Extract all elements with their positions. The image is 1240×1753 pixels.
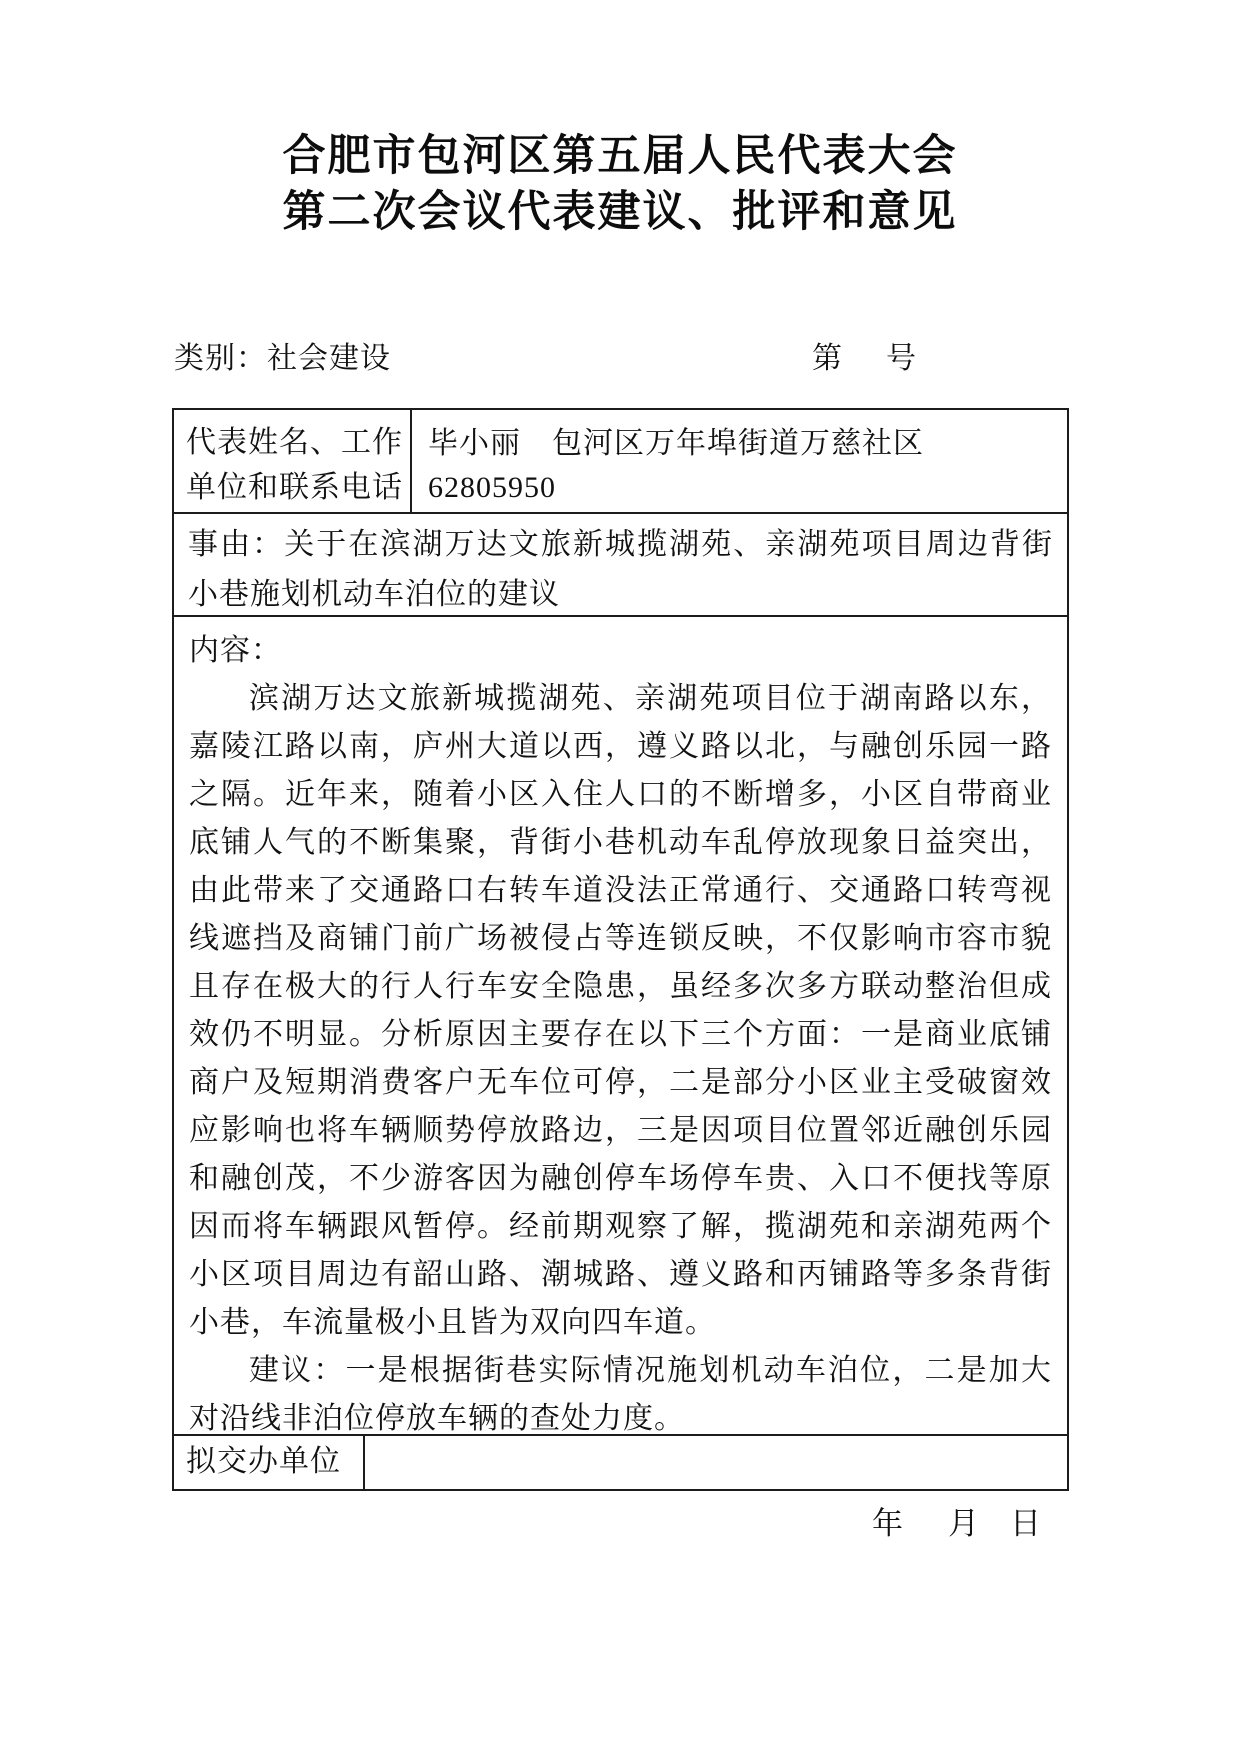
subject-text: 事由：关于在滨湖万达文旅新城揽湖苑、亲湖苑项目周边背街小巷施划机动车泊位的建议 (188, 520, 1053, 615)
date-year-label: 年 (872, 1502, 903, 1546)
representative-row: 代表姓名、工作 单位和联系电话 毕小丽 包河区万年埠街道万慈社区 6280595… (174, 410, 1067, 512)
category-value: 社会建设 (267, 342, 391, 375)
number-suffix: 号 (886, 338, 917, 380)
subject-label: 事由： (188, 528, 284, 561)
title-line-1: 合肥市包河区第五届人民代表大会 (0, 128, 1240, 184)
category-label: 类别： (174, 342, 267, 375)
document-page: 合肥市包河区第五届人民代表大会 第二次会议代表建议、批评和意见 类别：社会建设 … (0, 0, 1240, 1753)
representative-label-line-2: 单位和联系电话 (186, 465, 410, 510)
representative-label-line-1: 代表姓名、工作 (186, 420, 410, 465)
category-field: 类别：社会建设 (174, 338, 391, 380)
title-line-2: 第二次会议代表建议、批评和意见 (0, 184, 1240, 240)
form-table: 代表姓名、工作 单位和联系电话 毕小丽 包河区万年埠街道万慈社区 6280595… (172, 408, 1069, 1491)
category-row: 类别：社会建设 第 号 (172, 338, 1069, 380)
content-paragraph-2: 建议：一是根据街巷实际情况施划机动车泊位，二是加大对沿线非泊位停放车辆的查处力度… (189, 1347, 1052, 1434)
assign-unit-value-cell (365, 1436, 1067, 1489)
representative-value-cell: 毕小丽 包河区万年埠街道万慈社区 62805950 (412, 410, 1067, 512)
assign-unit-row: 拟交办单位 (174, 1434, 1067, 1489)
content-row: 内容： 滨湖万达文旅新城揽湖苑、亲湖苑项目位于湖南路以东，嘉陵江路以南，庐州大道… (174, 615, 1067, 1434)
date-line: 年 月 日 (0, 1502, 1240, 1546)
subject-row: 事由：关于在滨湖万达文旅新城揽湖苑、亲湖苑项目周边背街小巷施划机动车泊位的建议 (174, 512, 1067, 615)
number-prefix: 第 (812, 338, 843, 380)
document-title: 合肥市包河区第五届人民代表大会 第二次会议代表建议、批评和意见 (0, 128, 1240, 240)
assign-unit-label-cell: 拟交办单位 (174, 1436, 365, 1489)
content-label: 内容： (189, 627, 1052, 675)
content-paragraph-1: 滨湖万达文旅新城揽湖苑、亲湖苑项目位于湖南路以东，嘉陵江路以南，庐州大道以西，遵… (189, 675, 1052, 1347)
subject-value: 关于在滨湖万达文旅新城揽湖苑、亲湖苑项目周边背街小巷施划机动车泊位的建议 (188, 528, 1053, 611)
date-month-label: 月 (948, 1502, 979, 1546)
date-day-label: 日 (1010, 1502, 1041, 1546)
representative-label-cell: 代表姓名、工作 单位和联系电话 (174, 410, 412, 512)
